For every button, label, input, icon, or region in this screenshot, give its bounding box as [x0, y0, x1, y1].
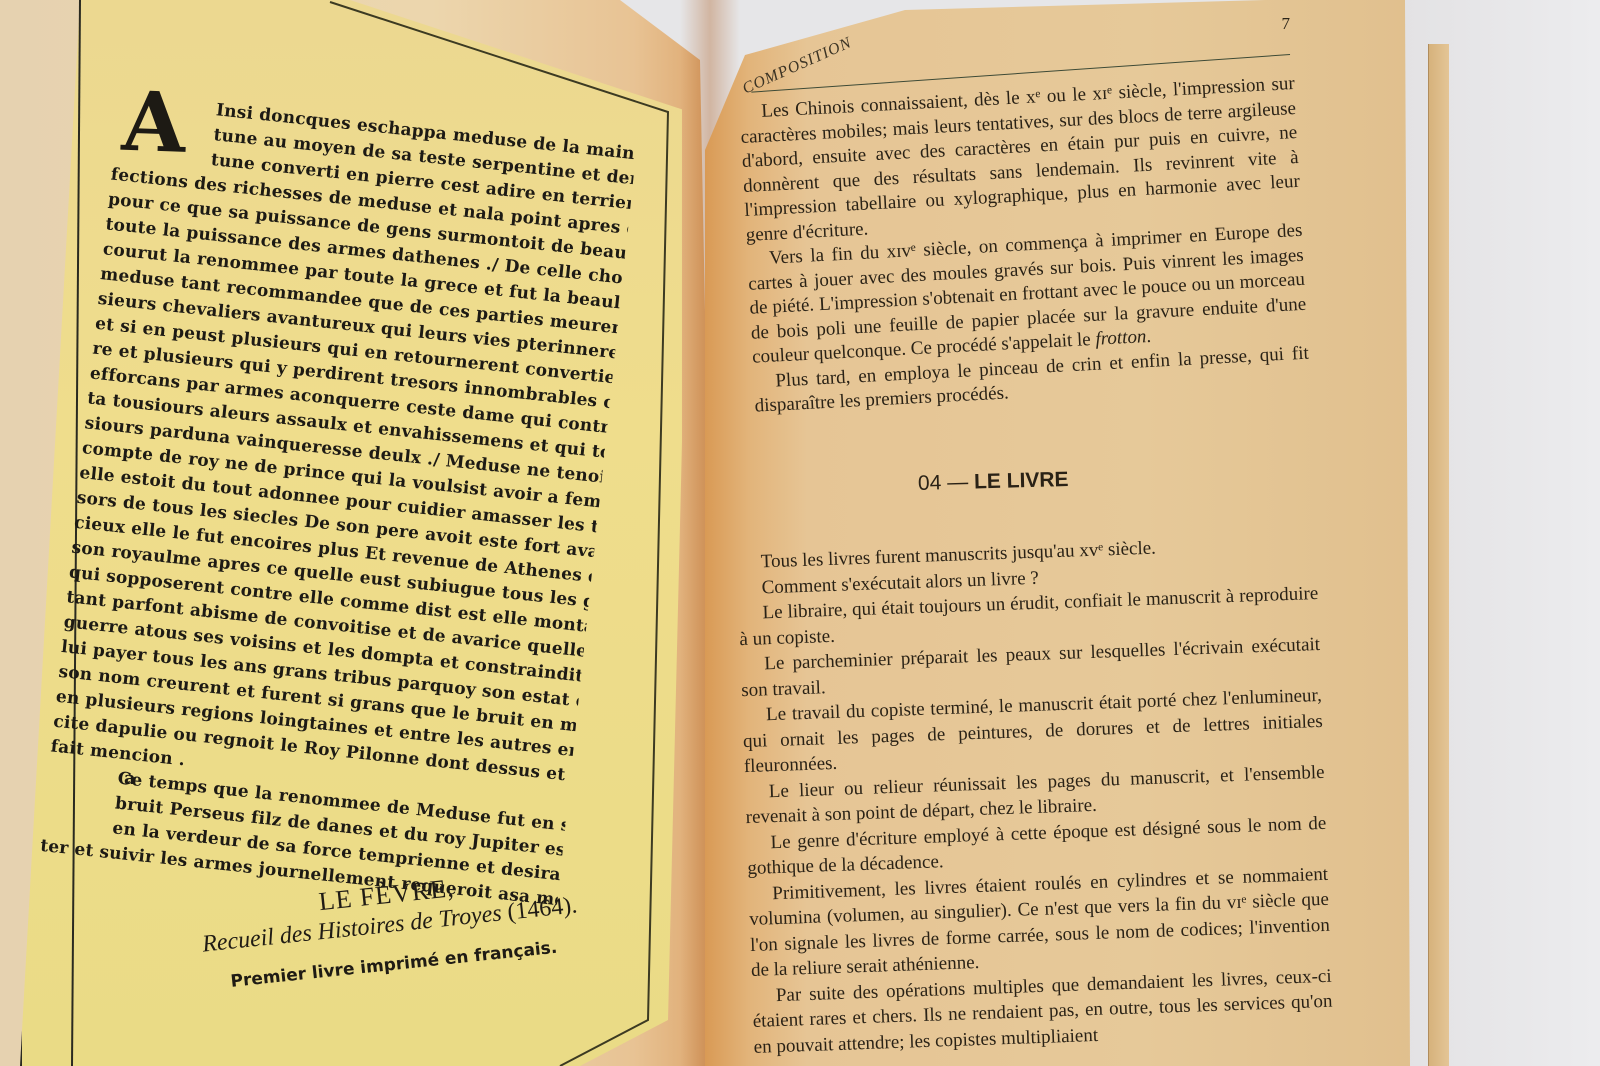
margin-letter: a — [124, 768, 136, 789]
paragraph: Primitivement, les livres étaient roulés… — [748, 861, 1331, 983]
table-surface — [1380, 0, 1600, 1066]
caption-year: (1464). — [506, 892, 578, 925]
chapter-text: Tous les livres furent manuscrits jusqu'… — [736, 530, 1333, 1060]
page-number: 7 — [1282, 14, 1291, 34]
page-edge — [1428, 44, 1449, 1066]
gothic-text-block: Insi doncques eschappa meduse de la main… — [39, 88, 637, 913]
paragraph: Les Chinois connaissaient, dès le xᵉ ou … — [739, 72, 1302, 248]
chapter-title: LE LIVRE — [974, 468, 1069, 493]
chapter-heading: 04 — LE LIVRE — [918, 468, 1069, 496]
intro-text: Les Chinois connaissaient, dès le xᵉ ou … — [739, 72, 1311, 419]
chapter-number: 04 — — [918, 471, 969, 495]
